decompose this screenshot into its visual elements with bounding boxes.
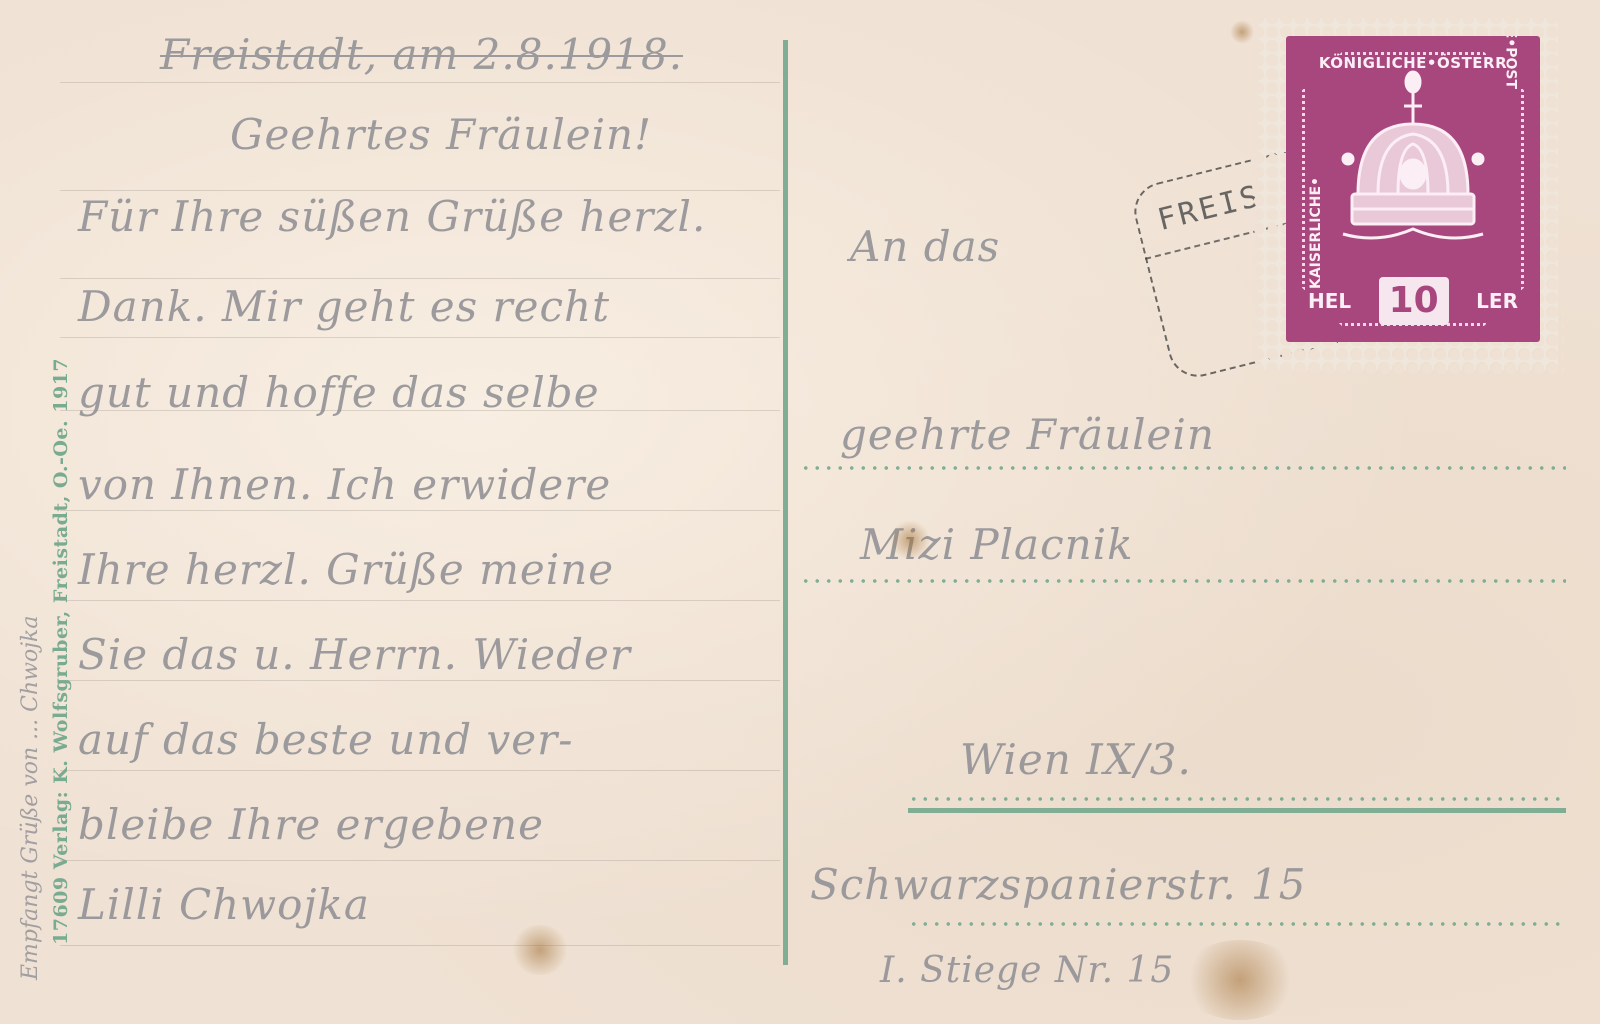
address-dotted-line [800, 466, 1566, 470]
address-city: Wien IX/3. [960, 735, 1192, 784]
stamp-unit-left: HEL [1308, 289, 1351, 313]
postage-stamp: KÖNIGLICHE•ÖSTERR KAISERLICHE• EICHISCHE… [1286, 36, 1540, 342]
ruled-line [60, 600, 780, 601]
message-line: auf das beste und ver- [78, 715, 573, 764]
message-line: Sie das u. Herrn. Wieder [78, 630, 631, 679]
message-signature: Lilli Chwojka [78, 880, 370, 929]
stamp-value: 10 [1379, 277, 1449, 325]
ruled-line [60, 278, 780, 279]
stamp-right-text: EICHISCHE•POST [1502, 36, 1518, 89]
address-line: An das [850, 222, 1000, 271]
stain [890, 520, 930, 560]
message-line: gut und hoffe das selbe [78, 368, 600, 417]
ruled-line [60, 770, 780, 771]
crown-icon [1338, 64, 1488, 264]
address-solid-line [908, 808, 1566, 813]
ruled-line [60, 337, 780, 338]
stamp-unit-right: LER [1476, 289, 1518, 313]
message-line: Ihre herzl. Grüße meine [78, 545, 614, 594]
ruled-line [60, 860, 780, 861]
message-line-salutation: Geehrtes Fräulein! [230, 110, 652, 159]
ruled-line [60, 510, 780, 511]
address-dotted-line [908, 797, 1566, 801]
stamp-left-text: KAISERLICHE• [1308, 177, 1324, 289]
stain [1230, 20, 1254, 44]
publisher-imprint: 17609 Verlag: K. Wolfsgruber, Freistadt,… [50, 358, 72, 945]
address-street: Schwarzspanierstr. 15 [810, 860, 1306, 909]
message-line: Für Ihre süßen Grüße herzl. [78, 192, 706, 241]
postcard-back: 17609 Verlag: K. Wolfsgruber, Freistadt,… [0, 0, 1600, 1024]
message-line: Dank. Mir geht es recht [78, 282, 610, 331]
message-line: bleibe Ihre ergebene [78, 800, 544, 849]
margin-note: Empfangt Grüße von ... Chwojka [18, 616, 43, 980]
stamp-value-row: HEL 10 LER [1300, 274, 1526, 328]
address-line: I. Stiege Nr. 15 [880, 950, 1174, 991]
message-line: von Ihnen. Ich erwidere [78, 460, 611, 509]
stain [1180, 940, 1300, 1020]
ruled-line [60, 82, 780, 83]
address-dotted-line [800, 579, 1566, 583]
center-divider [783, 40, 788, 965]
address-line: geehrte Fräulein [840, 410, 1215, 459]
ruled-line [60, 190, 780, 191]
ruled-line [60, 680, 780, 681]
ruled-line [60, 945, 780, 946]
message-line-date: Freistadt, am 2.8.1918. [160, 30, 683, 79]
address-dotted-line [908, 922, 1566, 926]
stain [510, 925, 570, 975]
